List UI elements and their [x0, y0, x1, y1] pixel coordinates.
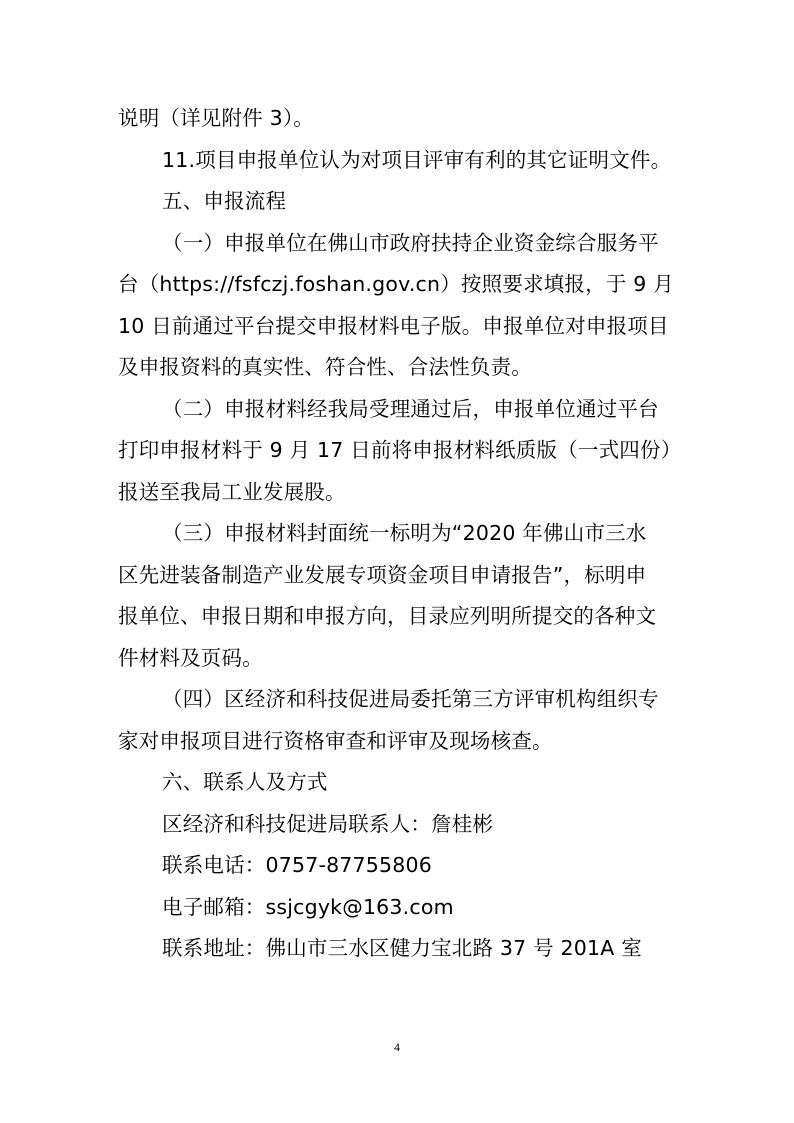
- paragraph-3-line-3: 报单位、申报日期和申报方向，目录应列明所提交的各种文: [118, 602, 656, 630]
- text-line-item-11: 11.项目申报单位认为对项目评审有利的其它证明文件。: [162, 146, 671, 174]
- document-page: 说明（详见附件 3）。 11.项目申报单位认为对项目评审有利的其它证明文件。 五…: [0, 0, 794, 1123]
- paragraph-3-line-2: 区先进装备制造产业发展专项资金项目申请报告”，标明申: [118, 561, 646, 589]
- contact-person: 区经济和科技促进局联系人：詹桂彬: [162, 810, 493, 838]
- paragraph-4-line-2: 家对申报项目进行资格审查和评审及现场核查。: [118, 727, 553, 755]
- paragraph-1-line-1: （一）申报单位在佛山市政府扶持企业资金综合服务平: [162, 229, 659, 257]
- paragraph-3-line-4: 件材料及页码。: [118, 644, 263, 672]
- contact-phone: 联系电话：0757-87755806: [162, 851, 432, 879]
- section-heading-application-process: 五、申报流程: [162, 187, 286, 215]
- paragraph-3-line-1: （三）申报材料封面统一标明为“2020 年佛山市三水: [162, 519, 647, 547]
- section-heading-contacts: 六、联系人及方式: [162, 768, 328, 796]
- paragraph-4-line-1: （四）区经济和科技促进局委托第三方评审机构组织专: [162, 685, 659, 713]
- contact-email: 电子邮箱：ssjcgyk@163.com: [162, 893, 454, 921]
- paragraph-1-line-4: 及申报资料的真实性、符合性、合法性负责。: [118, 353, 532, 381]
- page-number: 4: [0, 1040, 794, 1054]
- paragraph-1-line-3: 10 日前通过平台提交申报材料电子版。申报单位对申报项目: [118, 312, 669, 340]
- paragraph-1-line-2: 台（https://fsfczj.foshan.gov.cn）按照要求填报，于 …: [118, 270, 674, 298]
- paragraph-2-line-3: 报送至我局工业发展股。: [118, 478, 346, 506]
- paragraph-2-line-2: 打印申报材料于 9 月 17 日前将申报材料纸质版（一式四份）: [118, 436, 681, 464]
- contact-address: 联系地址：佛山市三水区健力宝北路 37 号 201A 室: [162, 934, 642, 962]
- paragraph-2-line-1: （二）申报材料经我局受理通过后，申报单位通过平台: [162, 395, 659, 423]
- text-line-attachment-note: 说明（详见附件 3）。: [118, 104, 314, 132]
